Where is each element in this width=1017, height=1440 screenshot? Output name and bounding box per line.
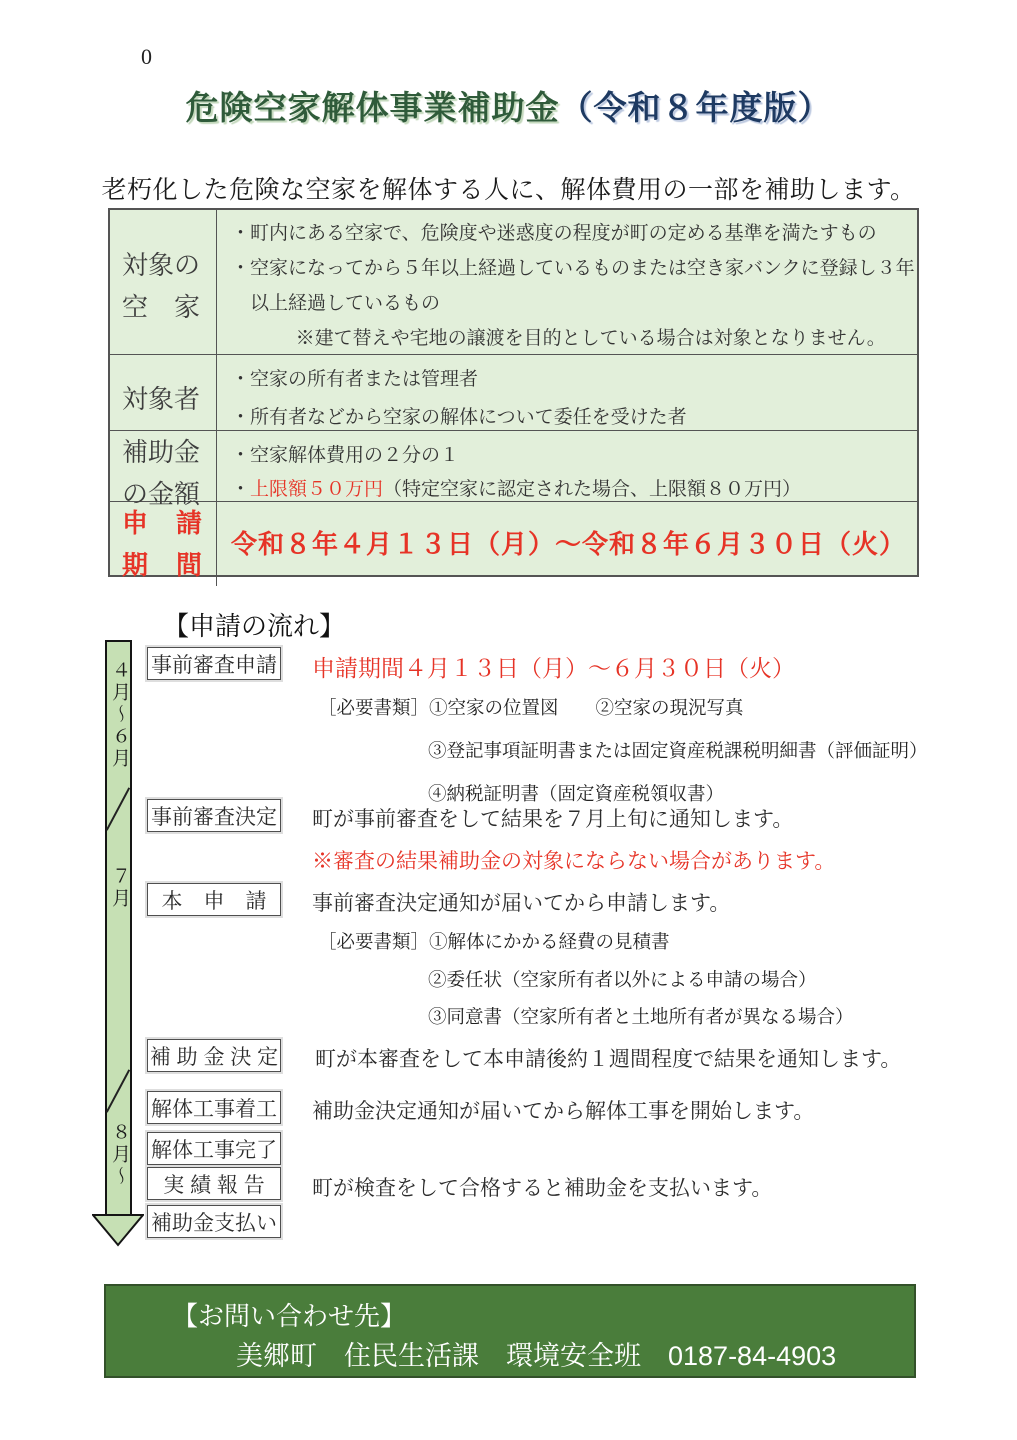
row-content-application-period: 令和８年４月１３日（月）～令和８年６月３０日（火） [217,502,917,586]
required-docs-line: ②委任状（空家所有者以外による申請の場合） [428,966,817,992]
row-content-target-house: ・町内にある空家で、危険度や迷惑度の程度が町の定める基準を満たすもの ・空家にな… [217,210,919,362]
table-row-eligible-person: 対象者 ・空家の所有者または管理者 ・所有者などから空家の解体について委任を受け… [110,354,917,430]
exclusion-note: ※建て替えや宅地の譲渡を目的としている場合は対象となりません。 [231,321,915,356]
step-desc-preliminary-decision: 町が事前審査をして結果を７月上旬に通知します。 [312,803,793,833]
required-docs-line: ③同意書（空家所有者と土地所有者が異なる場合） [428,1003,854,1029]
step-desc-demolition-start: 補助金決定通知が届いてから解体工事を開始します。 [312,1095,814,1125]
step-desc-subsidy-decision: 町が本審査をして本申請後約１週間程度で結果を通知します。 [315,1043,901,1073]
required-docs-line: ［必要書類］①空家の位置図 ②空家の現況写真 [318,694,744,720]
timeline-month-jul: ７月 [104,866,134,910]
page-title: 危険空家解体事業補助金（令和８年度版） [0,82,1017,129]
step-box-main-application: 本 申 請 [147,883,281,916]
row-content-eligible-person: ・空家の所有者または管理者 ・所有者などから空家の解体について委任を受けた者 [217,355,917,443]
page-title-suffix: （令和８年度版） [560,89,832,126]
step-box-subsidy-payment: 補助金支払い [147,1205,281,1238]
flow-section-heading: 【申請の流れ】 [163,606,345,643]
step-desc-preliminary-period: 申請期間４月１３日（月）～６月３０日（火） [312,650,795,683]
flyer-page: 0 危険空家解体事業補助金（令和８年度版） 老朽化した危険な空家を解体する人に、… [0,0,1017,1440]
table-row-target-house: 対象の 空 家 ・町内にある空家で、危険度や迷惑度の程度が町の定める基準を満たす… [110,210,917,354]
row-label-target-house: 対象の 空 家 [110,210,217,362]
required-docs-line: ③登記事項証明書または固定資産税課税明細書（評価証明） [428,737,928,763]
table-row-subsidy-amount: 補助金 の金額 ・空家解体費用の２分の１ ・上限額５０万円（特定空家に認定された… [110,430,917,501]
step-box-demolition-complete: 解体工事完了 [147,1132,281,1165]
row-label-application-period: 申 請 期 間 [110,502,217,586]
step-note-review-warning: ※審査の結果補助金の対象にならない場合があります。 [312,845,835,875]
timeline-month-apr-jun: ４月～６月 [104,660,134,770]
bullet-item: ・空家になってから５年以上経過しているものまたは空き家バンクに登録し３年 [231,251,915,286]
timeline-month-aug: ８月～ [104,1122,134,1188]
step-box-demolition-start: 解体工事着工 [147,1091,281,1124]
bullet-item: ・空家解体費用の２分の１ [231,439,913,473]
step-box-preliminary-decision: 事前審査決定 [147,799,281,832]
table-row-application-period: 申 請 期 間 令和８年４月１３日（月）～令和８年６月３０日（火） [110,501,917,575]
contact-heading: 【お問い合わせ先】 [172,1296,406,1333]
required-docs-line: ［必要書類］①解体にかかる経費の見積書 [318,928,670,954]
step-box-subsidy-decision: 補 助 金 決 定 [147,1039,281,1072]
bullet-item: ・空家の所有者または管理者 [231,361,913,399]
contact-info: 美郷町 住民生活課 環境安全班 0187-84-4903 [236,1334,836,1373]
step-box-result-report: 実 績 報 告 [147,1167,281,1200]
timeline-arrow-head-icon [92,1214,144,1247]
contact-footer: 【お問い合わせ先】 美郷町 住民生活課 環境安全班 0187-84-4903 [104,1284,916,1378]
application-period-dates: 令和８年４月１３日（月）～令和８年６月３０日（火） [231,527,913,562]
row-label-eligible-person: 対象者 [110,355,217,443]
bullet-item-continuation: 以上経過しているもの [231,286,915,321]
page-title-main: 危険空家解体事業補助金 [186,89,560,126]
page-number: 0 [141,44,152,70]
step-box-preliminary-application: 事前審査申請 [147,647,281,680]
bullet-item: ・町内にある空家で、危険度や迷惑度の程度が町の定める基準を満たすもの [231,216,915,251]
limit-amount-red: 上限額５０万円 [250,479,383,500]
page-subtitle: 老朽化した危険な空家を解体する人に、解体費用の一部を補助します。 [0,170,1017,206]
step-desc-main-application: 事前審査決定通知が届いてから申請します。 [312,887,730,917]
subsidy-info-table: 対象の 空 家 ・町内にある空家で、危険度や迷惑度の程度が町の定める基準を満たす… [108,208,919,577]
step-desc-result-report: 町が検査をして合格すると補助金を支払います。 [312,1172,772,1202]
